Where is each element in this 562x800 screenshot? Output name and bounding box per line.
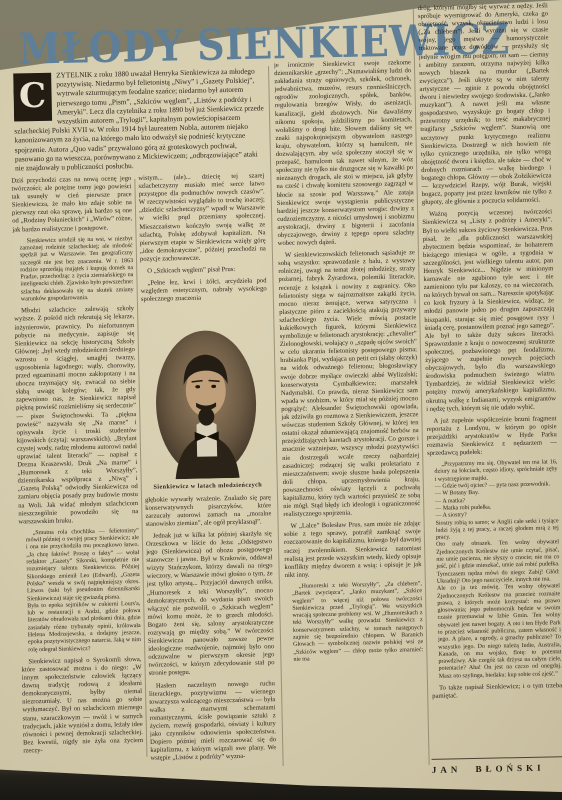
paragraph: Sienkiewicz napisał o Syrokomli słowa, k…	[21, 656, 143, 756]
paragraph: Dziś przychodzi czas na nową ocenę jego …	[11, 175, 132, 234]
column-3: je ironicznie Sienkiewicz swoje rzekome …	[274, 59, 425, 754]
paragraph: Młodzi szlachcice zalewają szkoły wyższe…	[14, 305, 139, 526]
paragraph: To także napisał Sienkiewicz; i o tym tr…	[432, 682, 562, 701]
paragraph: Ważną pozycją wczesnej twórczości Sienki…	[422, 209, 556, 414]
paragraph: Hasłem naczelnym nowego ruchu literackie…	[149, 680, 277, 763]
young-sienkiewicz-portrait	[153, 328, 260, 480]
paragraph: głębokie wywarły wrażenie. Znalazło się …	[145, 494, 272, 529]
paragraph-small-print: „Humoreski z teki Worszyłły”, „Za chlebe…	[285, 581, 424, 664]
paragraph: A już zupełnie współcześnie brzmi fragme…	[426, 415, 557, 458]
intro-paragraph: CZYTELNIK z roku 1880 uważał Henryka Sie…	[13, 66, 265, 175]
column-1: Dziś przychodzi czas na nową ocenę jego …	[11, 175, 143, 765]
paragraph: W sienkiewiczowskich felietonach sąsiadu…	[278, 249, 421, 519]
paragraph: W „Lalce” Bolesław Prus, sam może nie zd…	[284, 520, 422, 580]
paragraph: O „Szkicach węglem” pisał Prus:	[140, 265, 266, 276]
paragraph-small-print: „Smutna rola chochlika — felietonisty” m…	[19, 528, 142, 655]
portrait-photo: Sienkiewicz w latach młodzieńczych	[149, 328, 264, 492]
paragraph: Jednak już w kilka lat później skarżyła …	[146, 530, 275, 678]
paragraph: je ironicznie Sienkiewicz swoje rzekome …	[274, 59, 415, 248]
column-2: wistym... (ale)... dziecię tej szarej sz…	[138, 172, 276, 763]
drop-cap: C	[13, 73, 52, 122]
paragraph: wistym... (ale)... dziecię tej szarej sz…	[138, 172, 266, 264]
paragraph: „Pełne łez, krwi i żółci, arcydzieła pod…	[140, 277, 266, 304]
paragraph-small-print: „Przypatrzmy mu się. Obywatel ten ma lat…	[427, 459, 562, 681]
paragraph: dróg, którymi mógłby się wyrwać z nędzy.…	[418, 2, 552, 207]
author-byline: JAN BŁOŃSKI	[432, 756, 562, 775]
article-content: MŁODY SIENKIEWICZ CZYTELNIK z roku 1880 …	[0, 0, 562, 800]
paragraph-small-print: Sienkiewicz urodził się na wsi, w niezby…	[13, 236, 134, 304]
photo-caption: Sienkiewicz w latach młodzieńczych	[152, 482, 264, 492]
column-4: dróg, którymi mógłby się wyrwać z nędzy.…	[418, 2, 562, 753]
scanned-magazine-page: MŁODY SIENKIEWICZ CZYTELNIK z roku 1880 …	[0, 0, 562, 800]
